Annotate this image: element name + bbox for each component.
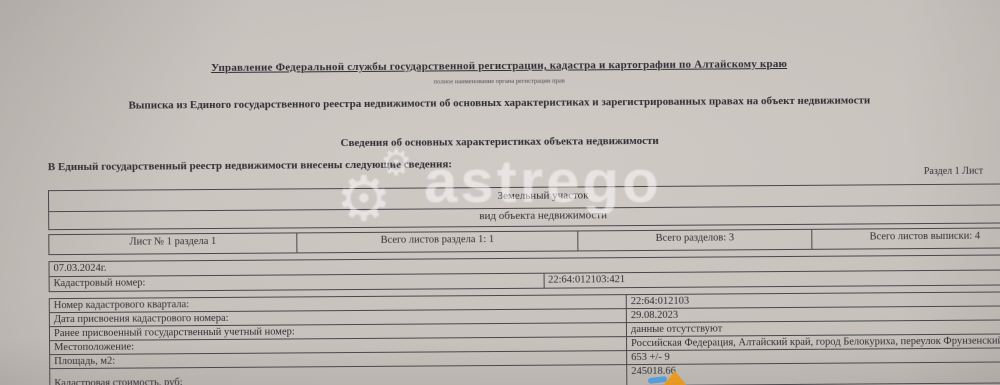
row-label-text: Кадастровая стоимость, руб: <box>54 366 622 385</box>
row-label: Кадастровый номер: <box>49 273 544 291</box>
total-sections-cell: Всего разделов: 3 <box>578 229 812 251</box>
registry-authority-heading: Управление Федеральной службы государств… <box>0 57 999 76</box>
total-sheets-section-cell: Всего листов раздела 1: 1 <box>297 231 578 253</box>
corner-logo <box>648 371 700 385</box>
intro-line: В Единый государственный реестр недвижим… <box>48 158 452 173</box>
sheets-info-table: Лист № 1 раздела 1 Всего листов раздела … <box>48 227 1000 255</box>
document-page: Управление Федеральной службы государств… <box>0 0 1000 385</box>
document-title: Выписка из Единого государственного реес… <box>0 94 999 113</box>
total-sheets-extract-cell: Всего листов выписки: 4 <box>812 228 1000 250</box>
section-sheet-label: Раздел 1 Лист <box>924 166 983 177</box>
sheet-number-cell: Лист № 1 раздела 1 <box>49 233 297 255</box>
document-subtitle: Сведения об основных характеристиках объ… <box>0 133 1000 152</box>
row-value: 22:64:012103:421 <box>544 270 1000 288</box>
logo-flame-icon <box>662 371 688 385</box>
row-label: Кадастровая стоимость, руб: <box>50 365 627 385</box>
object-type-table: Земельный участок вид объекта недвижимос… <box>48 183 1000 230</box>
sheets-info-row: Лист № 1 раздела 1 Всего листов раздела … <box>49 228 1000 255</box>
authority-note: полное наименование органа регистрации п… <box>0 75 999 89</box>
date-cadastral-table: 07.03.2024г. Кадастровый номер: 22:64:01… <box>48 254 1000 292</box>
details-table: Номер кадастрового квартала: 22:64:01210… <box>49 291 1000 385</box>
document-photo: Управление Федеральной службы государств… <box>0 0 1000 385</box>
